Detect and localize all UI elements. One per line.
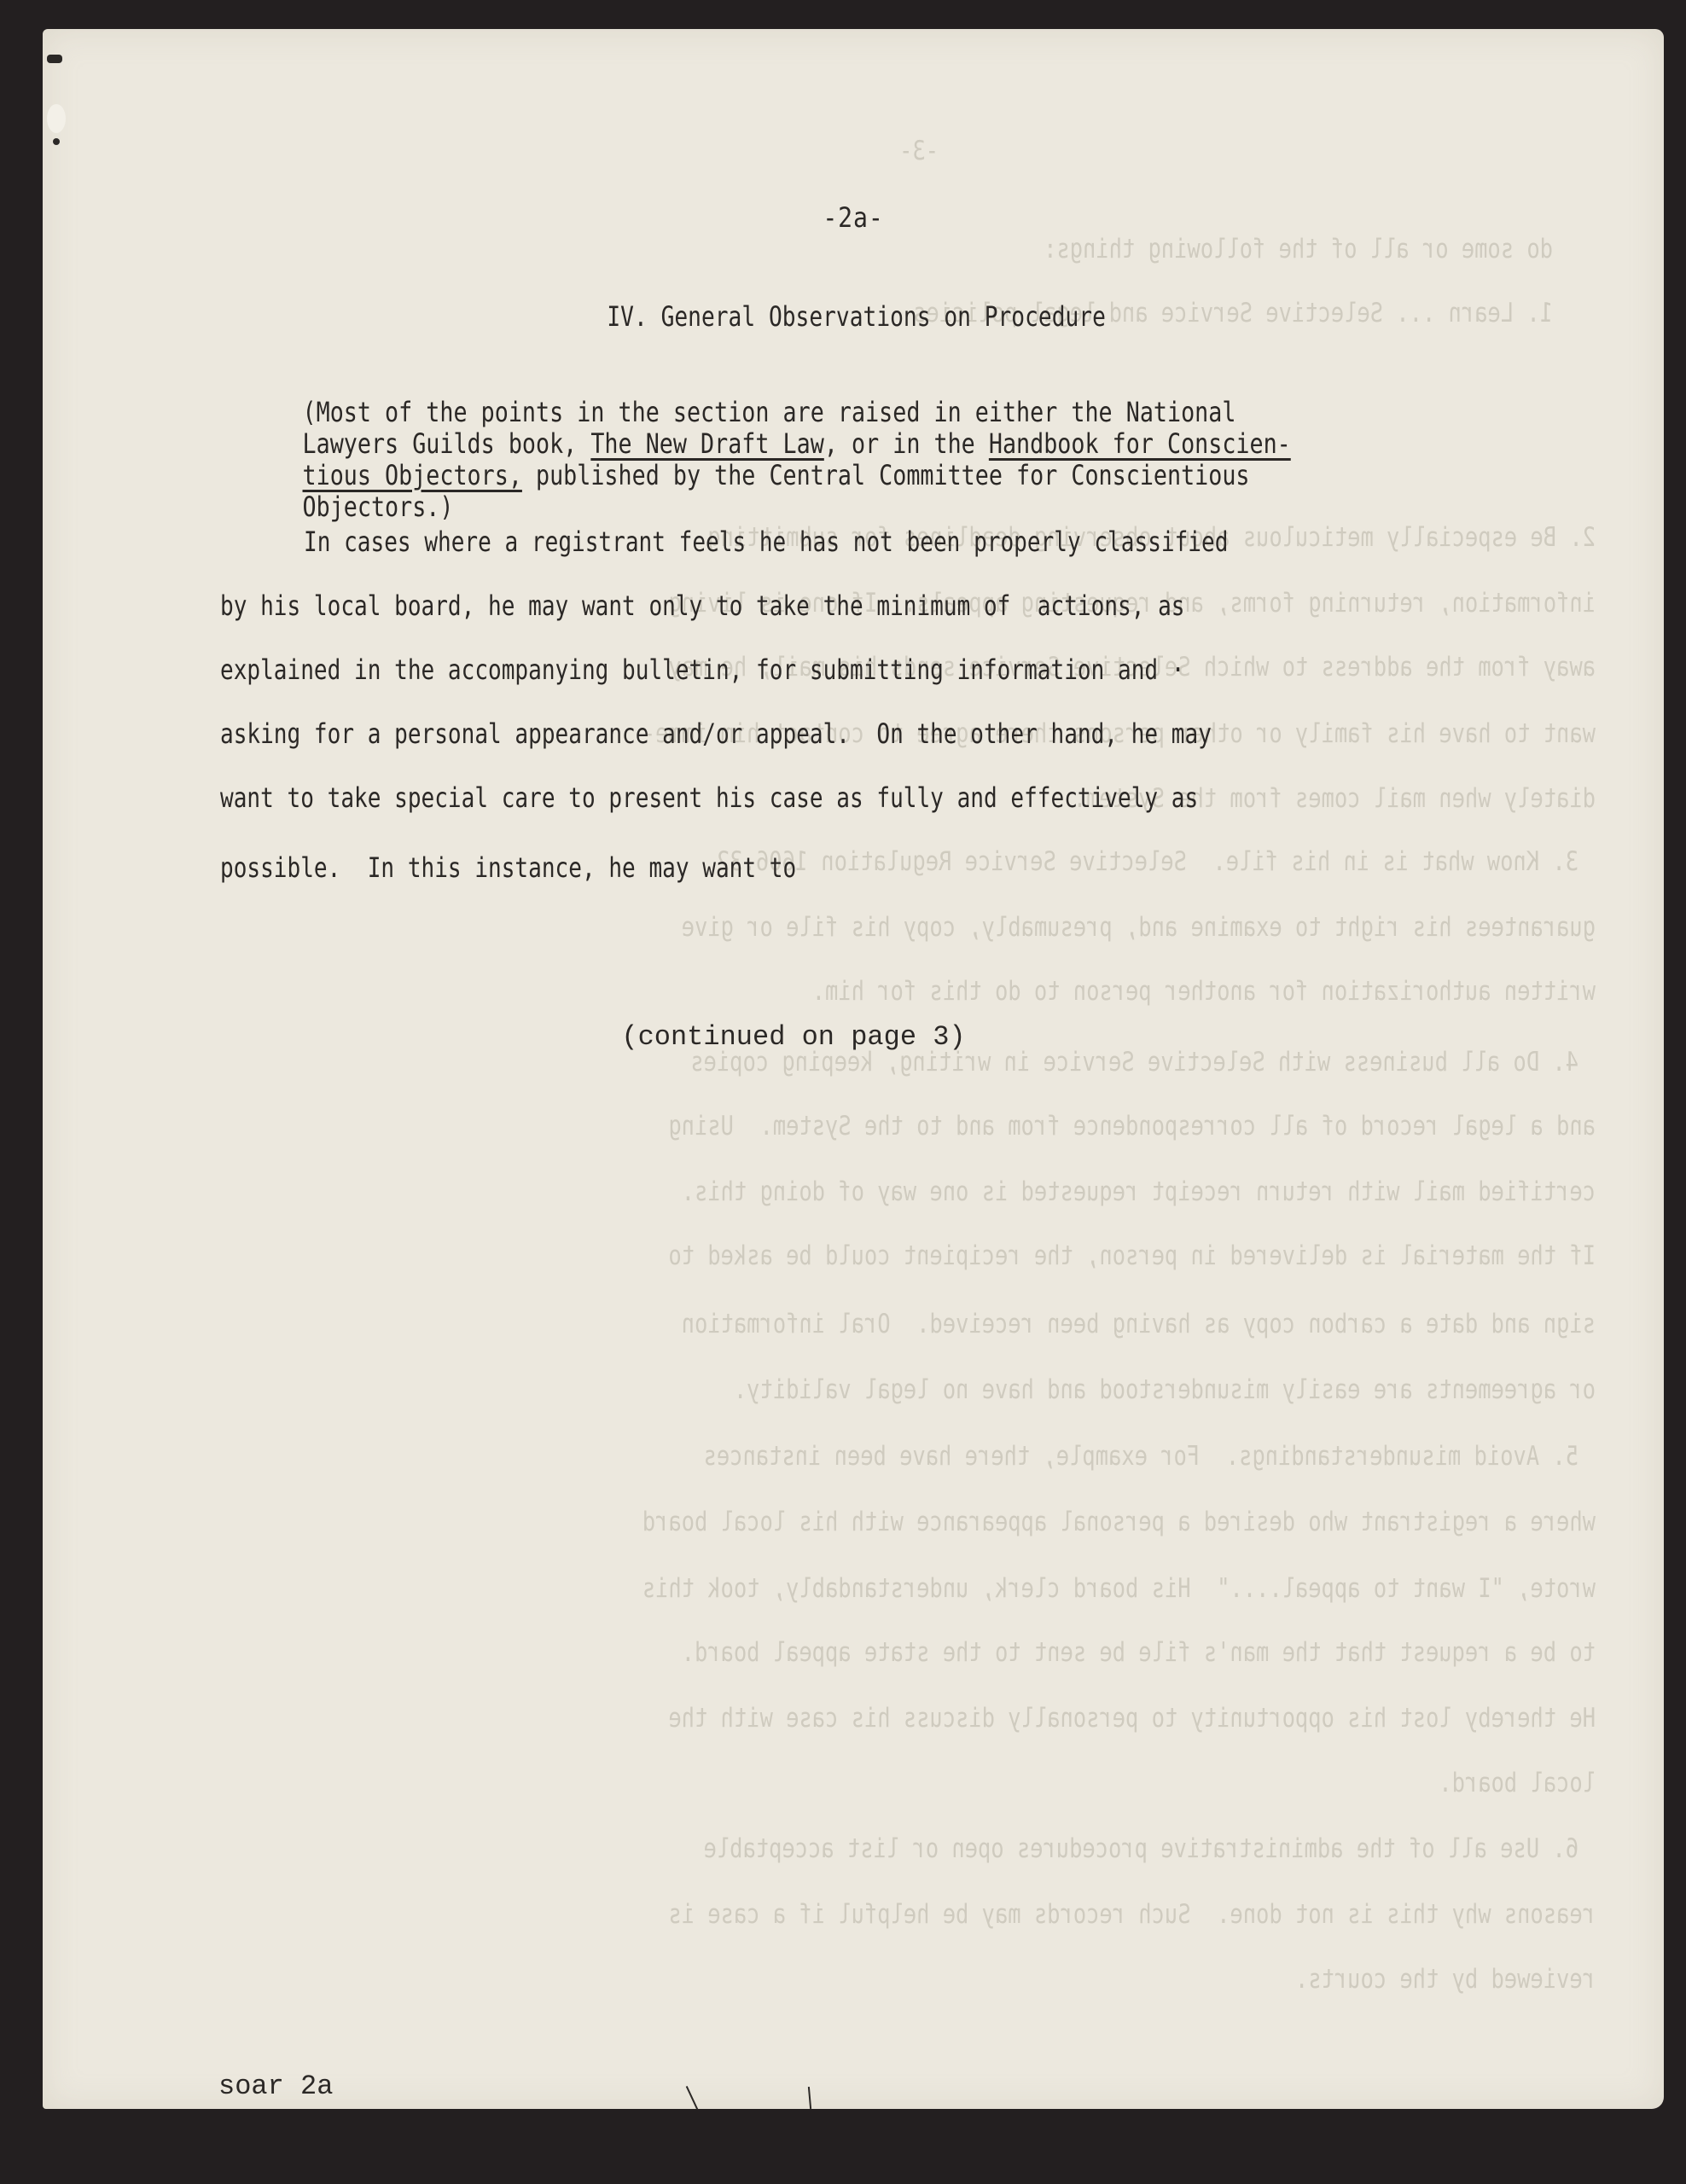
body-line: In cases where a registrant feels he has… — [304, 526, 1228, 558]
body-line: want to take special care to present his… — [220, 781, 1198, 814]
document-page: -3- do some or all of the following thin… — [43, 29, 1664, 2109]
bleed-line: written authorization for another person… — [812, 976, 1596, 1007]
footer-label: soar 2a — [218, 2071, 333, 2102]
body-line: by his local board, he may want only to … — [220, 590, 1185, 622]
continuation-text: (continued on page 3) — [621, 1021, 965, 1053]
bleed-line: local board. — [1439, 1768, 1596, 1798]
bleed-line: 6. Use all of the administrative procedu… — [704, 1833, 1578, 1864]
bleed-through-layer: -3- do some or all of the following thin… — [43, 29, 1664, 2109]
page-number: -2a- — [140, 201, 1567, 234]
bleed-line: reasons why this is not done. Such recor… — [668, 1899, 1596, 1930]
bleed-line: where a registrant who desired a persona… — [642, 1507, 1596, 1537]
punch-mark — [53, 138, 60, 145]
bleed-line: to be a request that the man's file be s… — [682, 1637, 1596, 1668]
bleed-line: He thereby lost his opportunity to perso… — [668, 1703, 1596, 1734]
body-line: possible. In this instance, he may want … — [220, 851, 796, 884]
bleed-line: wrote, "I want to appeal...." His board … — [642, 1573, 1596, 1604]
bleed-line: and a legal record of all correspondence… — [668, 1111, 1596, 1141]
bleed-line: 3. Know what is in his file. Selective S… — [717, 846, 1578, 877]
bleed-line: -3- — [899, 136, 939, 166]
section-heading: IV. General Observations on Procedure — [189, 300, 1520, 333]
punch-mark — [47, 55, 62, 63]
note-text: published by the Central Committee for C… — [522, 459, 1250, 491]
stray-mark — [808, 2087, 811, 2109]
bleed-line: do some or all of the following things: — [1044, 234, 1553, 264]
punch-hole — [47, 104, 66, 133]
body-line: asking for a personal appearance and/or … — [220, 717, 1212, 750]
continuation-note: (continued on page 3) — [43, 1021, 1664, 1053]
bleed-line: certified mail with return receipt reque… — [682, 1176, 1596, 1207]
bleed-line: or agreements are easily misunderstood a… — [734, 1374, 1596, 1405]
note-text: Objectors.) — [303, 491, 454, 523]
bleed-line: guarantees his right to examine and, pre… — [682, 912, 1596, 943]
bleed-line: If the material is delivered in person, … — [668, 1240, 1596, 1271]
bleed-line: 5. Avoid misunderstandings. For example,… — [704, 1441, 1578, 1472]
body-line: explained in the accompanying bulletin, … — [220, 653, 1185, 686]
stray-mark — [686, 2086, 698, 2110]
bleed-line: sign and date a carbon copy as having be… — [682, 1309, 1596, 1339]
bleed-line: reviewed by the courts. — [1295, 1964, 1596, 1995]
